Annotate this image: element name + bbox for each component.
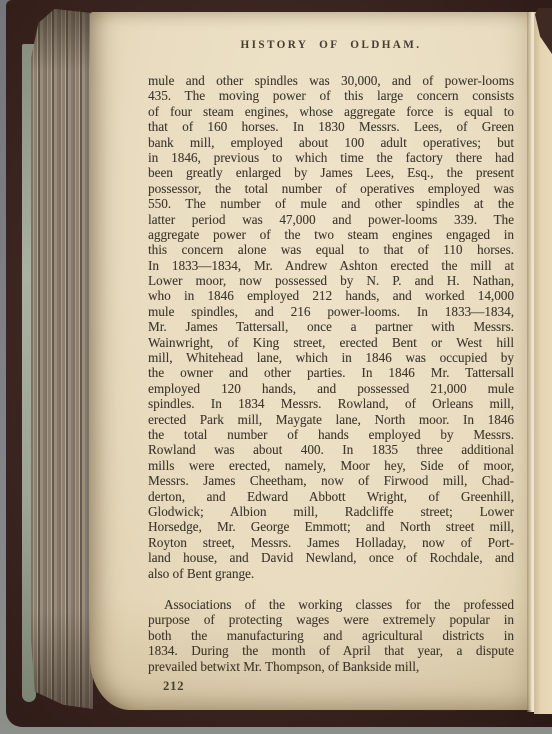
text-line: employed 120 hands, and possessed 21,000… xyxy=(148,381,514,396)
adjacent-page-edge xyxy=(534,12,552,714)
text-line: spindles. In 1834 Messrs. Rowland, of Or… xyxy=(148,396,514,411)
text-line: Horsedge, Mr. George Emmott; and North s… xyxy=(148,519,514,534)
text-line: possessor, the total number of operative… xyxy=(148,181,514,196)
text-line: also of Bent grange. xyxy=(148,566,514,581)
text-line: Mr. James Tattersall, once a partner wit… xyxy=(148,319,514,334)
book-photo: HISTORY OF OLDHAM. mule and other spindl… xyxy=(0,0,552,734)
text-line: Rowland was about 400. In 1835 three add… xyxy=(148,442,514,457)
paragraph-1: mule and other spindles was 30,000, and … xyxy=(148,73,514,581)
text-line: Wainwright, of King street, erected Bent… xyxy=(148,335,514,350)
text-line: 435. The moving power of this large conc… xyxy=(148,88,514,103)
text-line: latter period was 47,000 and power-looms… xyxy=(148,212,514,227)
text-line: 550. The number of mule and other spindl… xyxy=(148,196,514,211)
text-line: Glodwick; Albion mill, Radcliffe street;… xyxy=(148,504,514,519)
text-line: erected Park mill, Maygate lane, North m… xyxy=(148,412,514,427)
text-line: bank mill, employed about 100 adult oper… xyxy=(148,135,514,150)
text-line: this concern alone was equal to that of … xyxy=(148,242,514,257)
text-line: that of 160 horses. In 1830 Messrs. Lees… xyxy=(148,119,514,134)
text-line: of four steam engines, whose aggregate f… xyxy=(148,104,514,119)
text-line: land house, and David Newland, once of R… xyxy=(148,550,514,565)
text-line: mill, Whitehead lane, which in 1846 was … xyxy=(148,350,514,365)
text-line: prevailed betwixt Mr. Thompson, of Banks… xyxy=(148,659,514,674)
text-line: mule spindles, and 216 power-looms. In 1… xyxy=(148,304,514,319)
page-number: 212 xyxy=(163,679,184,694)
text-line: the total number of hands employed by Me… xyxy=(148,427,514,442)
text-line: mule and other spindles was 30,000, and … xyxy=(148,73,514,88)
text-line: in 1846, previous to which time the fact… xyxy=(148,150,514,165)
running-header: HISTORY OF OLDHAM. xyxy=(148,39,514,51)
text-line: In 1833—1834, Mr. Andrew Ashton erected … xyxy=(148,258,514,273)
paragraph-2: Associations of the working classes for … xyxy=(148,597,514,674)
text-line: purpose of protecting wages were extreme… xyxy=(148,612,514,627)
text-line: Royton street, Messrs. James Holladay, n… xyxy=(148,535,514,550)
text-line: aggregate power of the two steam engines… xyxy=(148,227,514,242)
text-line: who in 1846 employed 212 hands, and work… xyxy=(148,288,514,303)
text-line: mills were erected, namely, Moor hey, Si… xyxy=(148,458,514,473)
page-fore-edges xyxy=(31,9,93,709)
text-line: Messrs. James Cheetham, now of Firwood m… xyxy=(148,473,514,488)
text-line: derton, and Edward Abbott Wright, of Gre… xyxy=(148,489,514,504)
gutter-crease xyxy=(527,12,534,712)
text-line: both the manufacturing and agricultural … xyxy=(148,628,514,643)
text-line: Associations of the working classes for … xyxy=(148,597,514,612)
text-line: the owner and other parties. In 1846 Mr.… xyxy=(148,365,514,380)
text-line: Lower moor, now possessed by N. P. and H… xyxy=(148,273,514,288)
text-line: 1834. During the month of April that yea… xyxy=(148,643,514,658)
text-line: been greatly enlarged by James Lees, Esq… xyxy=(148,165,514,180)
